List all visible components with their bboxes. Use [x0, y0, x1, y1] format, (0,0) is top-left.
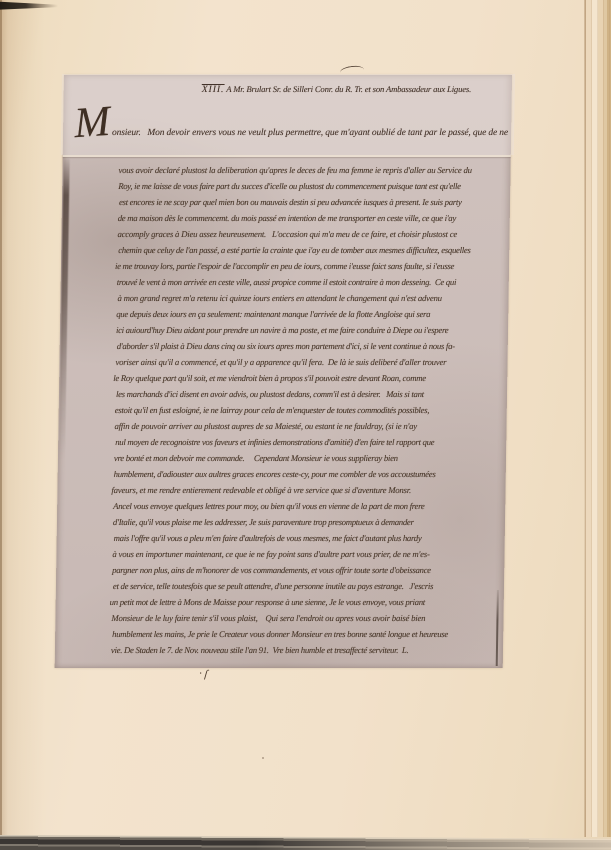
- manuscript-line: est encores ie ne scay par quel mien bon…: [119, 194, 506, 210]
- drop-cap-initial: M: [73, 100, 111, 145]
- manuscript-line: à vous en importuner maintenant, ce que …: [112, 546, 500, 562]
- manuscript-line: mais l'offre qu'il vous a pleu m'en fair…: [114, 530, 501, 546]
- manuscript-line: voriser ainsi qu'il a commencé, et qu'il…: [115, 354, 503, 370]
- page-left-gutter-shadow: [0, 0, 46, 850]
- manuscript-line: vous avoir declaré plustost la deliberat…: [118, 162, 506, 178]
- manuscript-line: chemin que celuy de l'an passé, a esté p…: [118, 242, 505, 258]
- manuscript-line: à mon grand regret m'a retenu ici quinze…: [117, 290, 504, 306]
- manuscript-left-edge-shadow: [59, 159, 70, 459]
- manuscript-line: ici auiourd'huy Dieu aidant pour prendre…: [116, 322, 504, 338]
- manuscript-line: de ma maison dès le commencemt. du mois …: [118, 210, 506, 226]
- manuscript-line: le Roy quelque part qu'il soit, et me vi…: [113, 370, 503, 386]
- manuscript-body: vous avoir declaré plustost la deliberat…: [111, 162, 507, 658]
- manuscript-line: vie. De Staden le 7. de Nov. nouveau sti…: [111, 642, 499, 658]
- manuscript-line: affin de pouvoir arriver au plustost aup…: [114, 418, 502, 434]
- page-right-fore-edge: [585, 0, 611, 837]
- manuscript-line: humblement les mains, Je prie le Createu…: [112, 626, 499, 642]
- manuscript-line: nul moyen de recognoistre vos faveurs et…: [115, 434, 502, 450]
- manuscript-line: Ancel vous envoye quelques lettres pour …: [113, 498, 501, 514]
- manuscript-line: les marchands d'ici disent en avoir advi…: [116, 386, 503, 402]
- manuscript-line: faveurs, et me rendre entierement redeva…: [111, 482, 501, 498]
- book-bottom-edge-band: [0, 835, 611, 850]
- manuscript-line: pargner non plus, ains de m'honorer de v…: [112, 562, 500, 578]
- paper-speck: [262, 757, 264, 759]
- manuscript-line: d'aborder s'il plaist à Dieu dans cinq o…: [117, 338, 504, 354]
- manuscript-line: et de service, telle toutesfois que se p…: [113, 578, 500, 594]
- letter-heading: XIII. A Mr. Brulart Sr. de Silleri Conr.…: [202, 84, 484, 95]
- manuscript-line: que depuis deux iours en ça seulement: m…: [116, 306, 504, 322]
- manuscript-line: ie me trouvay lors, partie l'espoir de l…: [115, 258, 505, 274]
- page-left-edge-line: [0, 0, 2, 850]
- manuscript-line: d'Italie, qu'il vous plaise me les addre…: [113, 514, 501, 530]
- letter-number: XIII.: [202, 85, 225, 95]
- plate-seam-line: [63, 155, 511, 157]
- manuscript-line: Monsieur de le luy faire tenir s'il vous…: [111, 610, 499, 626]
- page-right-crease-line: [584, 0, 586, 837]
- manuscript-line: Roy, ie me laisse de vous faire part du …: [118, 178, 506, 194]
- stray-ink-mark: · ſ: [198, 668, 208, 681]
- book-page: XIII. A Mr. Brulart Sr. de Silleri Conr.…: [0, 0, 611, 850]
- manuscript-line: accomply graces à Dieu assez heureusemen…: [117, 226, 505, 242]
- manuscript-line: un petit mot de lettre à Mons de Maisse …: [110, 594, 500, 610]
- manuscript-line: vre bonté et mon debvoir me commande. Ce…: [114, 450, 502, 466]
- top-left-corner-mark: [0, 1, 58, 10]
- letter-heading-text: A Mr. Brulart Sr. de Silleri Conr. du R.…: [224, 84, 471, 94]
- manuscript-line: estoit qu'il en fust esloigné, ie ne lai…: [115, 402, 503, 418]
- letter-facsimile-plate: XIII. A Mr. Brulart Sr. de Silleri Conr.…: [55, 75, 512, 668]
- manuscript-line: humblement, d'adiouster aux aultres grac…: [114, 466, 502, 482]
- manuscript-line: trouvé le vent à mon arrivée en ceste vi…: [117, 274, 505, 290]
- salutation-line: onsieur. Mon devoir envers vous ne veult…: [112, 128, 508, 138]
